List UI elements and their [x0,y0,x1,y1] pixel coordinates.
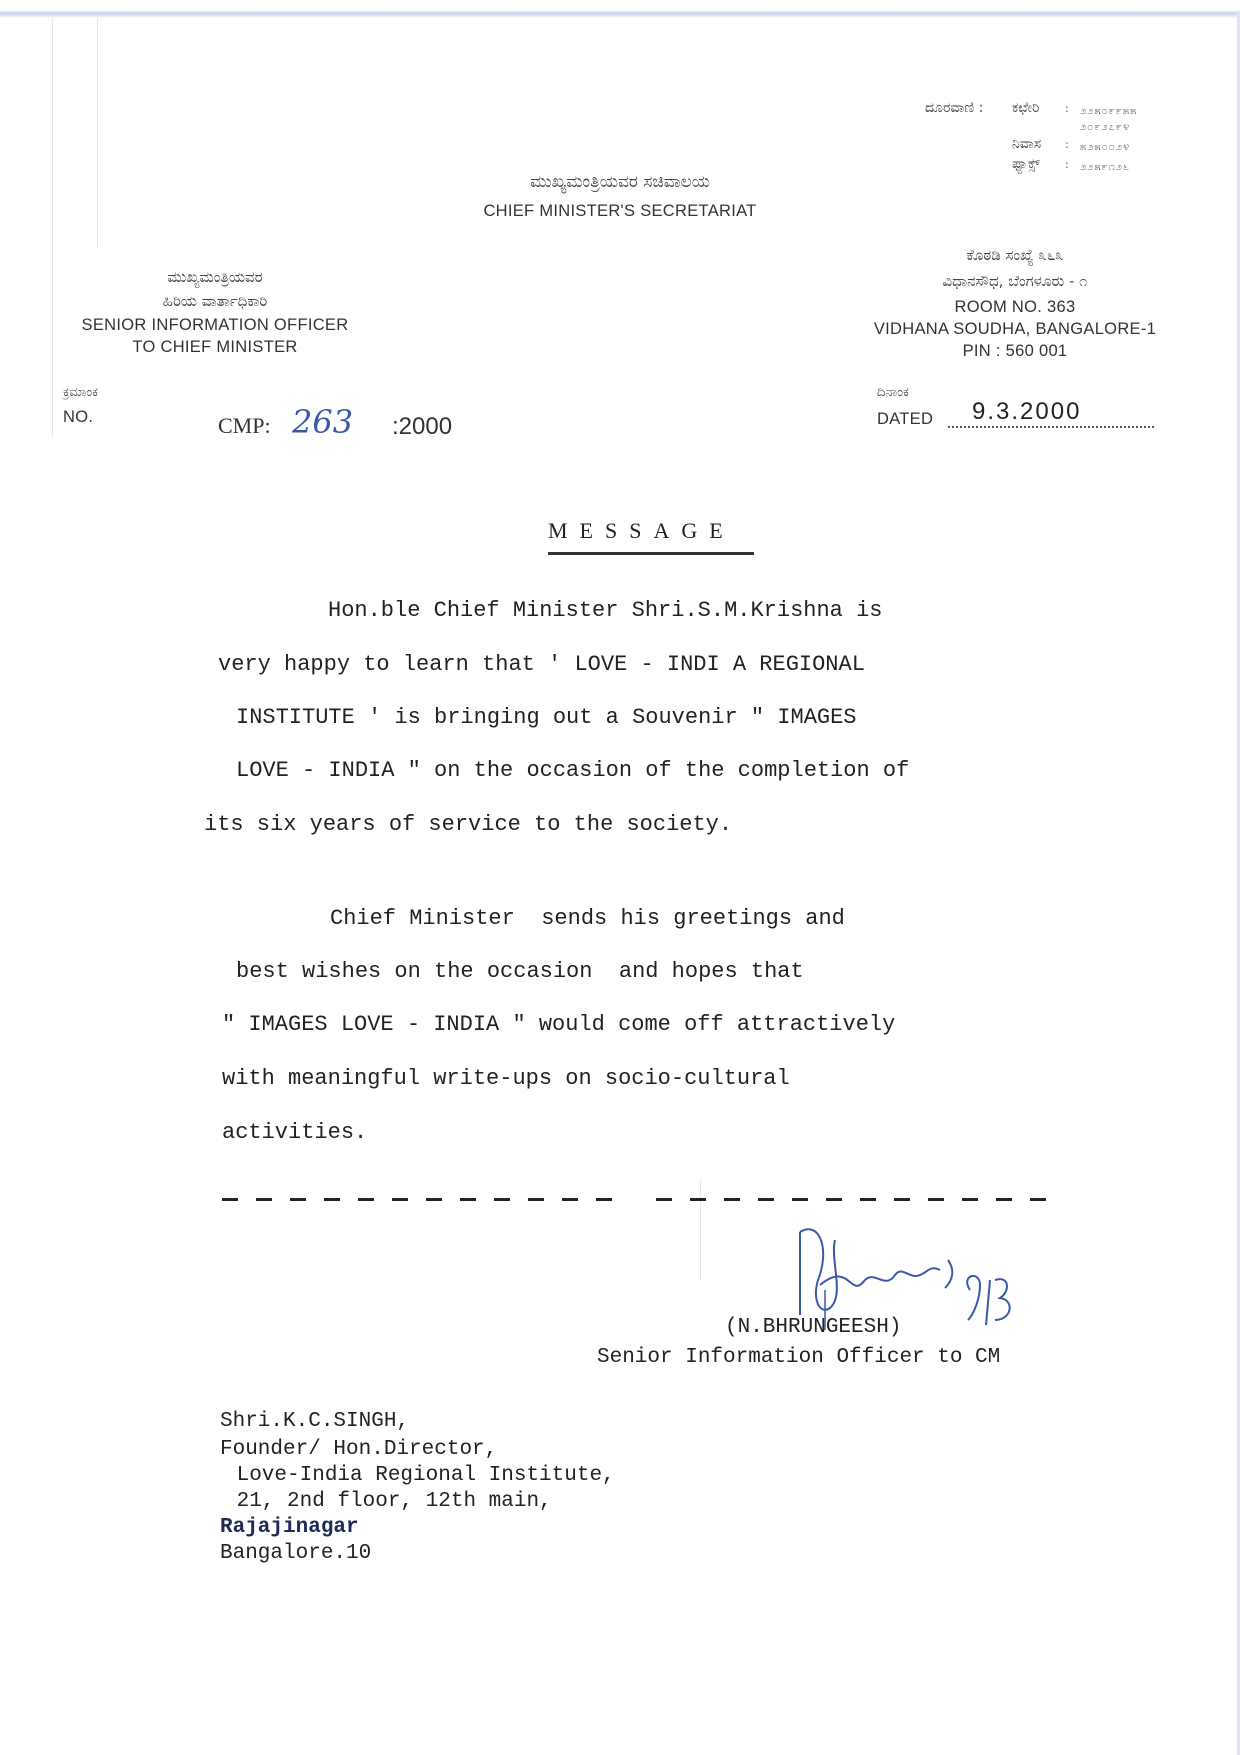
reference-prefix: CMP: [218,413,271,439]
dashed-separator [222,1198,1064,1201]
body-line: INSTITUTE ' is bringing out a Souvenir "… [236,705,857,730]
scan-edge [0,10,1240,18]
addressee-line: Rajajinagar [220,1516,359,1539]
room-number: ROOM NO. 363 [850,298,1180,317]
signatory-name: (N.BHRUNGEESH) [725,1316,901,1339]
officer-title-1: SENIOR INFORMATION OFFICER [50,316,380,335]
addressee-line: Founder/ Hon.Director, [220,1438,497,1461]
body-line: LOVE - INDIA " on the occasion of the co… [236,758,909,783]
office-label: ಕಛೇರಿ [1012,100,1039,116]
residence-label: ನಿವಾಸ [1012,136,1041,152]
title-underline [548,552,754,555]
reference-number-handwritten: 263 [292,403,353,441]
body-line: " IMAGES LOVE - INDIA " would come off a… [222,1012,895,1037]
dated-label-kannada: ದಿನಾಂಕ [877,385,909,400]
officer-title-2: TO CHIEF MINISTER [50,338,380,357]
signatory-designation: Senior Information Officer to CM [597,1346,1000,1369]
handwritten-signature [790,1220,1050,1330]
officer-kannada-2: ಹಿರಿಯ ವಾರ್ತಾಧಿಕಾರಿ [50,292,380,310]
date-value: 9.3.2000 [972,398,1081,426]
office-number-1: ೨೨೫೦೯೯೫೫ [1080,104,1137,118]
paper-crease [52,18,53,438]
address-english: VIDHANA SOUDHA, BANGALORE-1 [850,320,1180,339]
room-kannada: ಕೊಠಡಿ ಸಂಖ್ಯೆ ೩೬೩ [850,246,1180,264]
body-line: very happy to learn that ' LOVE - INDI A… [218,652,865,677]
residence-number: ೫೨೫೦೦೨೪ [1080,140,1130,154]
office-number-2: ೨೦೯೨೭೯೪ [1080,120,1130,134]
paper-crease [97,18,98,248]
body-line: best wishes on the occasion and hopes th… [236,959,804,984]
no-label-kannada: ಕ್ರಮಾಂಕ [63,385,98,400]
addressee-line: Love-India Regional Institute, [224,1464,615,1487]
addressee-line: Shri.K.C.SINGH, [220,1410,409,1433]
body-line: Hon.ble Chief Minister Shri.S.M.Krishna … [328,598,883,623]
body-line: activities. [222,1120,367,1145]
dated-label: DATED [877,410,933,429]
phone-label: ದೂರವಾಣಿ : [925,100,983,116]
addressee-line: Bangalore.10 [220,1542,371,1565]
addressee-line: 21, 2nd floor, 12th main, [224,1490,552,1513]
message-title: MESSAGE [548,518,735,544]
body-line: with meaningful write-ups on socio-cultu… [222,1066,790,1091]
address-kannada: ವಿಧಾನಸೌಧ, ಬೆಂಗಳೂರು - ೧ [850,272,1180,290]
secretariat-kannada: ಮುಖ್ಯಮಂತ್ರಿಯವರ ಸಚಿವಾಲಯ [440,172,800,192]
fax-number: ೨೨೫೯೧೨೬ [1080,160,1130,174]
paper-crease [700,1180,701,1280]
secretariat-title: CHIEF MINISTER'S SECRETARIAT [440,202,800,221]
body-line: its six years of service to the society. [204,812,732,837]
body-line: Chief Minister sends his greetings and [330,906,845,931]
fax-label: ಫ್ಯಾಕ್ಸ್ [1012,156,1040,172]
no-label: NO. [63,408,93,427]
officer-kannada-1: ಮುಖ್ಯಮಂತ್ರಿಯವರ [50,268,380,286]
reference-year: :2000 [392,413,452,441]
pin-code: PIN : 560 001 [850,342,1180,361]
